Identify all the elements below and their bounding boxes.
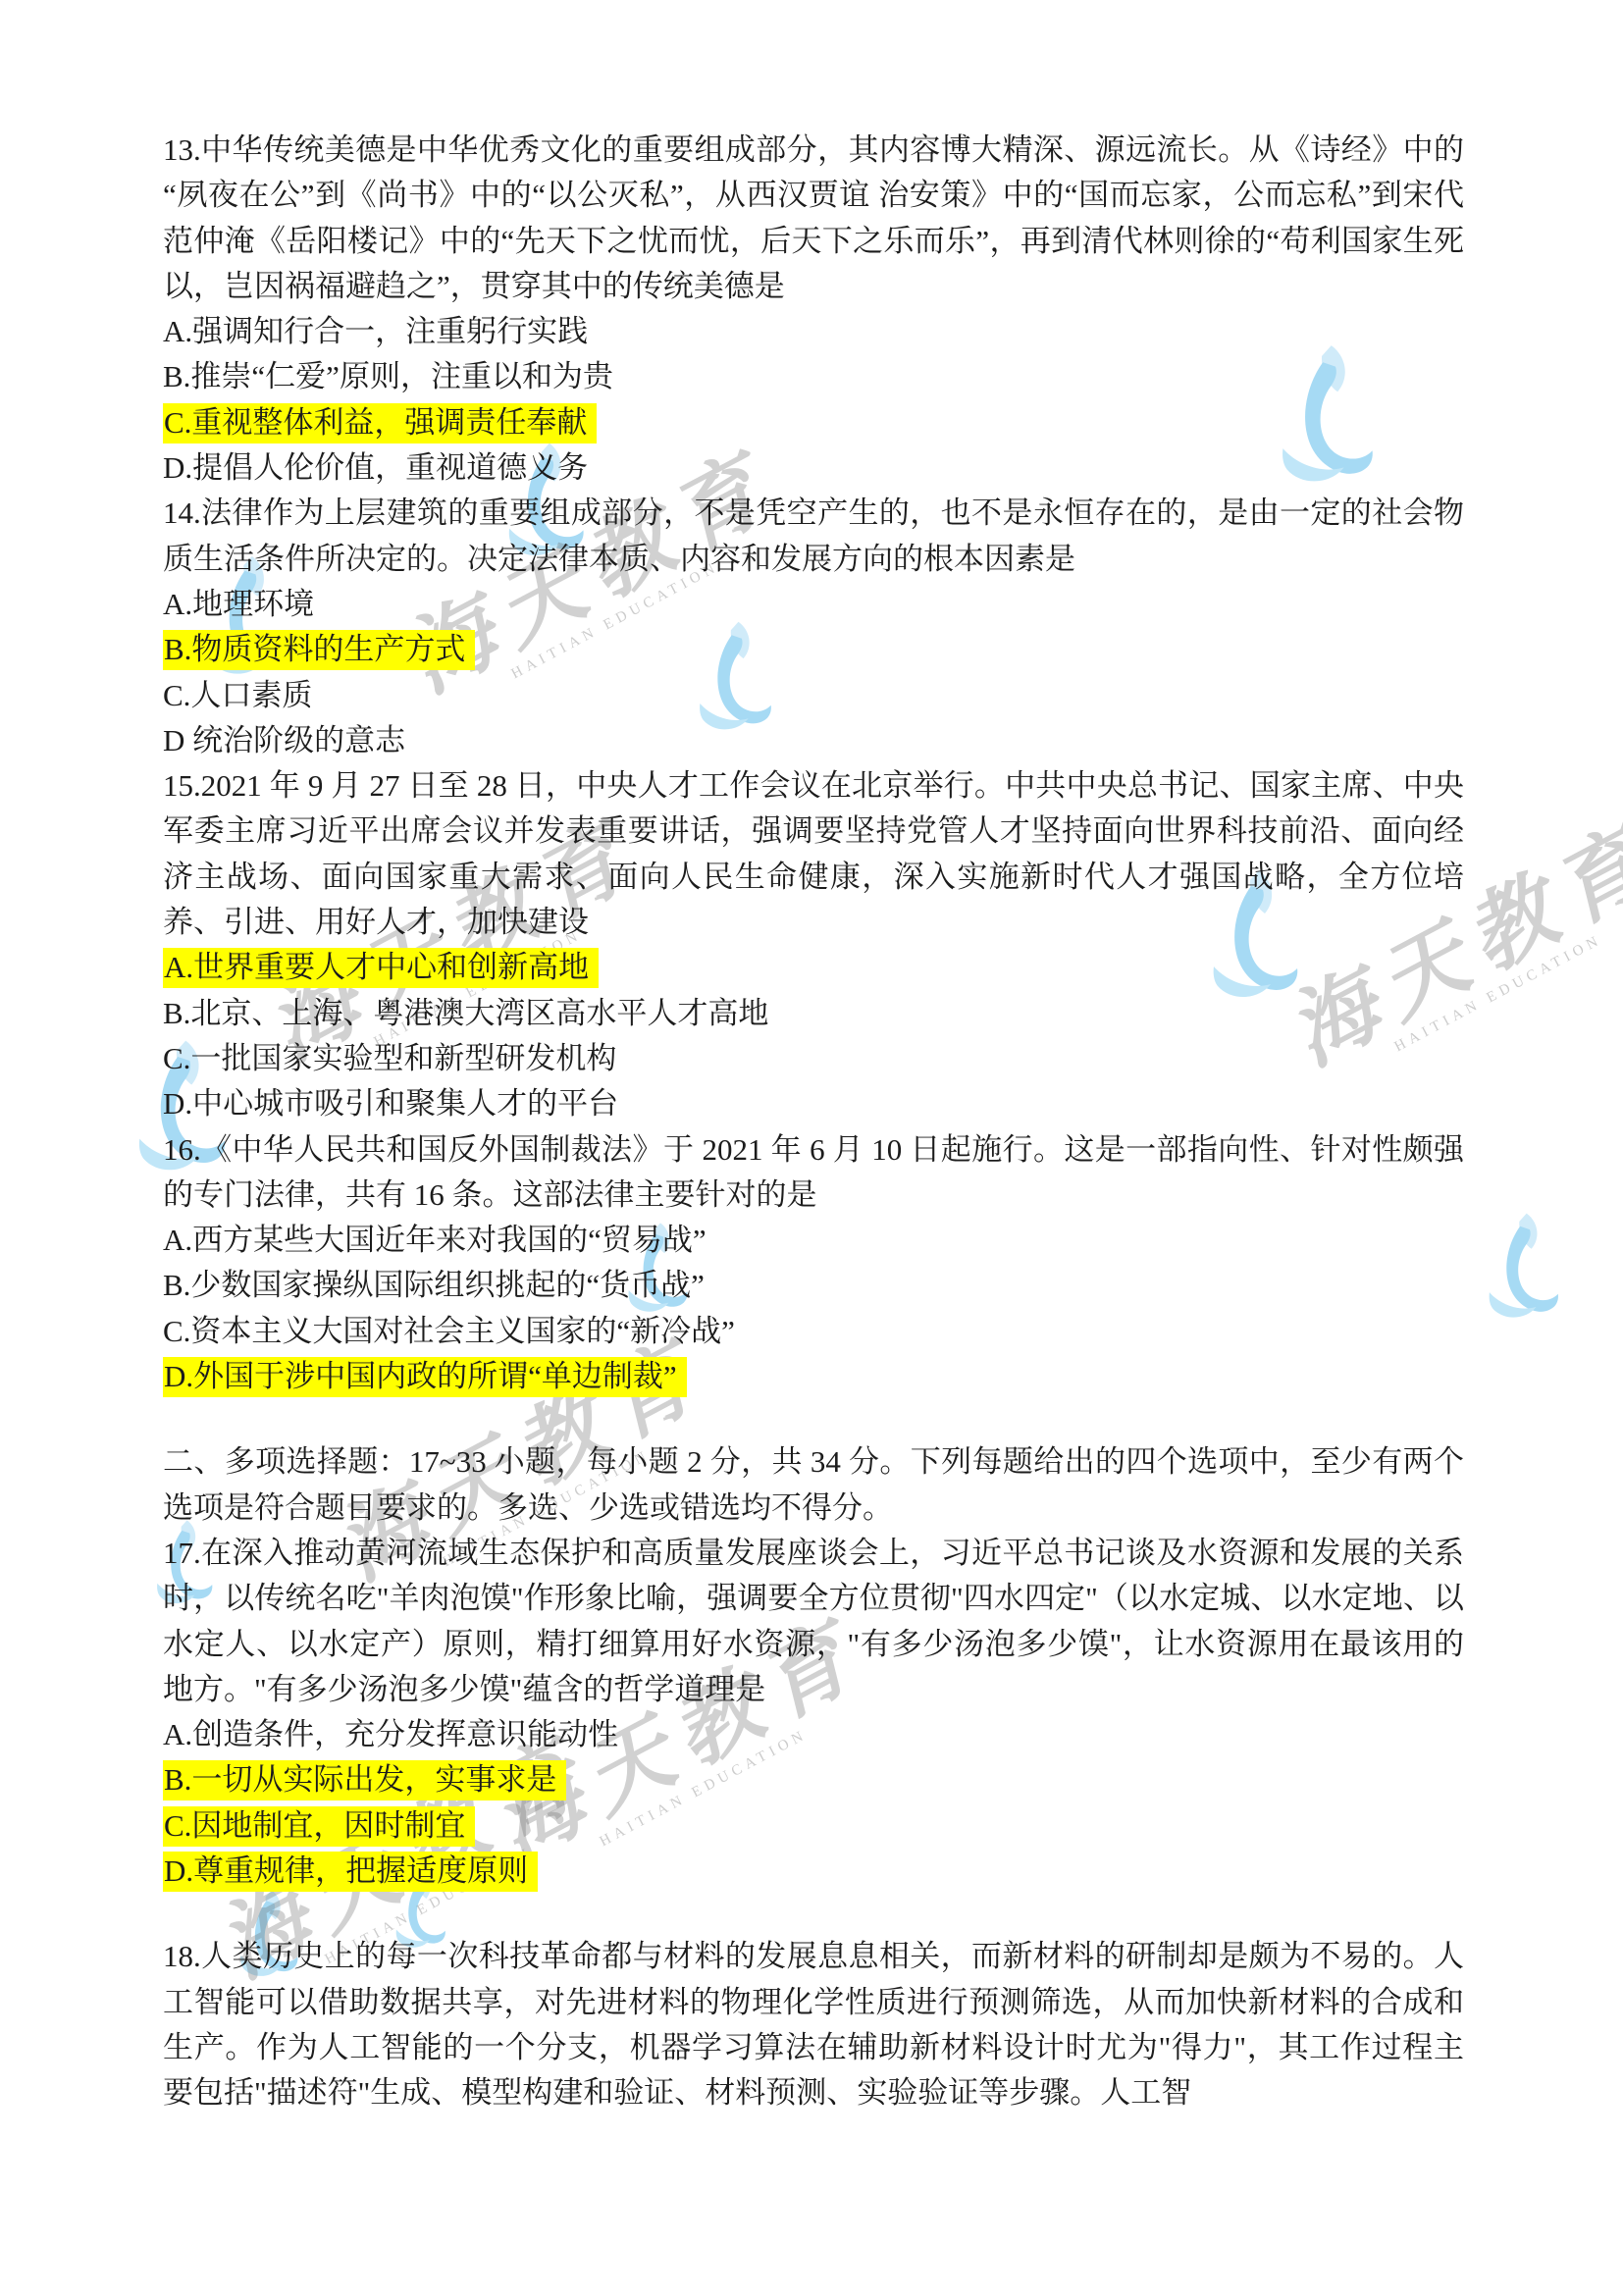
question-14-stem: 14.法律作为上层建筑的重要组成部分，不是凭空产生的，也不是永恒存在的，是由一定… <box>163 491 1464 582</box>
option-text: A.创造条件，充分发挥意识能动性 <box>163 1717 618 1751</box>
question-15: 15.2021 年 9 月 27 日至 28 日，中央人才工作会议在北京举行。中… <box>163 763 1464 1126</box>
option-text: B.少数国家操纵国际组织挑起的“货币战” <box>163 1268 705 1302</box>
question-15-option-a: A.世界重要人才中心和创新高地 <box>163 945 1464 990</box>
option-text: B.一切从实际出发，实事求是 <box>163 1760 566 1800</box>
question-13-option-d: D.提倡人伦价值，重视道德义务 <box>163 445 1464 491</box>
question-17-stem: 17.在深入推动黄河流域生态保护和高质量发展座谈会上，习近平总书记谈及水资源和发… <box>163 1531 1464 1712</box>
option-text: B.推崇“仁爱”原则，注重以和为贵 <box>163 359 613 393</box>
question-13-option-c: C.重视整体利益，强调责任奉献 <box>163 400 1464 445</box>
question-16-option-d: D.外国于涉中国内政的所谓“单边制裁” <box>163 1354 1464 1399</box>
question-16-stem: 16.《中华人民共和国反外国制裁法》于 2021 年 6 月 10 日起施行。这… <box>163 1127 1464 1219</box>
question-16-option-a: A.西方某些大国近年来对我国的“贸易战” <box>163 1218 1464 1263</box>
question-18-stem: 18.人类历史上的每一次科技革命都与材料的发展息息相关，而新材料的研制却是颇为不… <box>163 1934 1464 2115</box>
question-13-option-a: A.强调知行合一，注重躬行实践 <box>163 309 1464 354</box>
question-17-option-c: C.因地制宜，因时制宜 <box>163 1803 1464 1849</box>
question-14-option-b: B.物质资料的生产方式 <box>163 627 1464 672</box>
option-text: B.北京、上海、粤港澳大湾区高水平人才高地 <box>163 996 768 1030</box>
question-15-option-c: C.一批国家实验型和新型研发机构 <box>163 1036 1464 1081</box>
question-17-option-d: D.尊重规律，把握适度原则 <box>163 1849 1464 1894</box>
question-18: 18.人类历史上的每一次科技革命都与材料的发展息息相关，而新材料的研制却是颇为不… <box>163 1934 1464 2115</box>
question-15-option-b: B.北京、上海、粤港澳大湾区高水平人才高地 <box>163 991 1464 1036</box>
option-text: A.强调知行合一，注重躬行实践 <box>163 314 588 348</box>
question-17-option-a: A.创造条件，充分发挥意识能动性 <box>163 1712 1464 1757</box>
question-14-option-d: D 统治阶级的意志 <box>163 718 1464 763</box>
exam-document-page: { "colors": { "highlight": "#ffff00", "b… <box>0 0 1623 2296</box>
question-16: 16.《中华人民共和国反外国制裁法》于 2021 年 6 月 10 日起施行。这… <box>163 1127 1464 1400</box>
exam-content: 13.中华传统美德是中华优秀文化的重要组成部分，其内容博大精深、源远流长。从《诗… <box>163 128 1464 2115</box>
option-text: D.尊重规律，把握适度原则 <box>163 1852 538 1892</box>
question-13-stem: 13.中华传统美德是中华优秀文化的重要组成部分，其内容博大精深、源远流长。从《诗… <box>163 128 1464 309</box>
option-text: C.资本主义大国对社会主义国家的“新冷战” <box>163 1314 735 1348</box>
question-17: 17.在深入推动黄河流域生态保护和高质量发展座谈会上，习近平总书记谈及水资源和发… <box>163 1531 1464 1894</box>
option-text: C.重视整体利益，强调责任奉献 <box>163 403 597 444</box>
option-text: C.一批国家实验型和新型研发机构 <box>163 1041 616 1075</box>
question-14-option-c: C.人口素质 <box>163 673 1464 718</box>
question-16-option-b: B.少数国家操纵国际组织挑起的“货币战” <box>163 1263 1464 1308</box>
option-text: B.物质资料的生产方式 <box>163 630 475 670</box>
question-13: 13.中华传统美德是中华优秀文化的重要组成部分，其内容博大精深、源远流长。从《诗… <box>163 128 1464 491</box>
question-16-option-c: C.资本主义大国对社会主义国家的“新冷战” <box>163 1309 1464 1354</box>
question-17-option-b: B.一切从实际出发，实事求是 <box>163 1757 1464 1802</box>
option-text: A.地理环境 <box>163 587 314 621</box>
option-text: C.因地制宜，因时制宜 <box>163 1806 475 1847</box>
option-text: D.提倡人伦价值，重视道德义务 <box>163 450 588 485</box>
question-15-option-d: D.中心城市吸引和聚集人才的平台 <box>163 1081 1464 1126</box>
haitian-logo-icon <box>1477 1212 1560 1325</box>
question-14-option-a: A.地理环境 <box>163 582 1464 627</box>
option-text: D.外国于涉中国内政的所谓“单边制裁” <box>163 1357 687 1397</box>
question-15-stem: 15.2021 年 9 月 27 日至 28 日，中央人才工作会议在北京举行。中… <box>163 763 1464 945</box>
question-13-option-b: B.推崇“仁爱”原则，注重以和为贵 <box>163 354 1464 399</box>
section-2-heading: 二、多项选择题：17~33 小题，每小题 2 分，共 34 分。下列每题给出的四… <box>163 1439 1464 1531</box>
option-text: C.人口素质 <box>163 678 312 712</box>
option-text: D 统治阶级的意志 <box>163 723 405 757</box>
option-text: A.世界重要人才中心和创新高地 <box>163 948 599 988</box>
option-text: D.中心城市吸引和聚集人才的平台 <box>163 1086 618 1121</box>
option-text: A.西方某些大国近年来对我国的“贸易战” <box>163 1223 707 1257</box>
question-14: 14.法律作为上层建筑的重要组成部分，不是凭空产生的，也不是永恒存在的，是由一定… <box>163 491 1464 763</box>
